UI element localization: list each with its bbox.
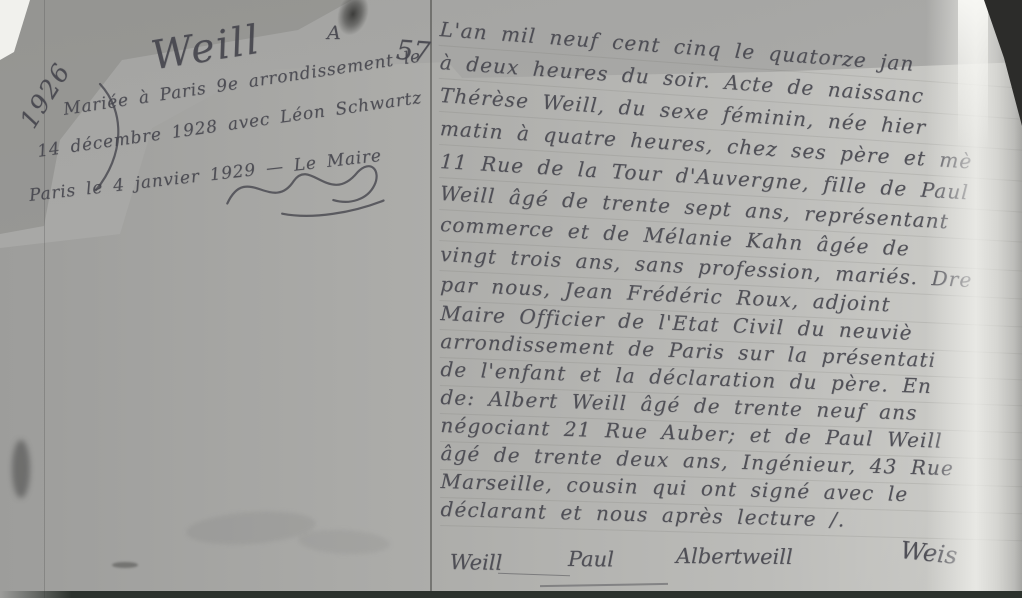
signature-albert-weill: Albertweill xyxy=(676,544,793,569)
signature-paul: Paul xyxy=(568,547,614,571)
scan-bottom-edge xyxy=(0,591,1022,598)
scanned-register-page: 1926 Weill A 57 Mariée à Paris 9e arrond… xyxy=(0,0,1022,598)
signature-stroke xyxy=(498,573,570,577)
signature-underline xyxy=(540,583,668,587)
binding-stain xyxy=(12,440,30,498)
column-divider-rule xyxy=(430,0,432,598)
pencil-smudge xyxy=(112,562,138,568)
mayor-signature-flourish xyxy=(218,144,401,230)
margin-letter-mark: A xyxy=(327,22,341,44)
margin-registry-number: 1926 xyxy=(14,57,77,133)
ink-showthrough-smudge xyxy=(185,508,317,549)
ink-showthrough-smudge xyxy=(297,528,390,557)
margin-surname: Weill xyxy=(148,17,264,80)
signature-weill: Weill xyxy=(450,550,503,575)
curl-top-highlight xyxy=(958,0,988,150)
